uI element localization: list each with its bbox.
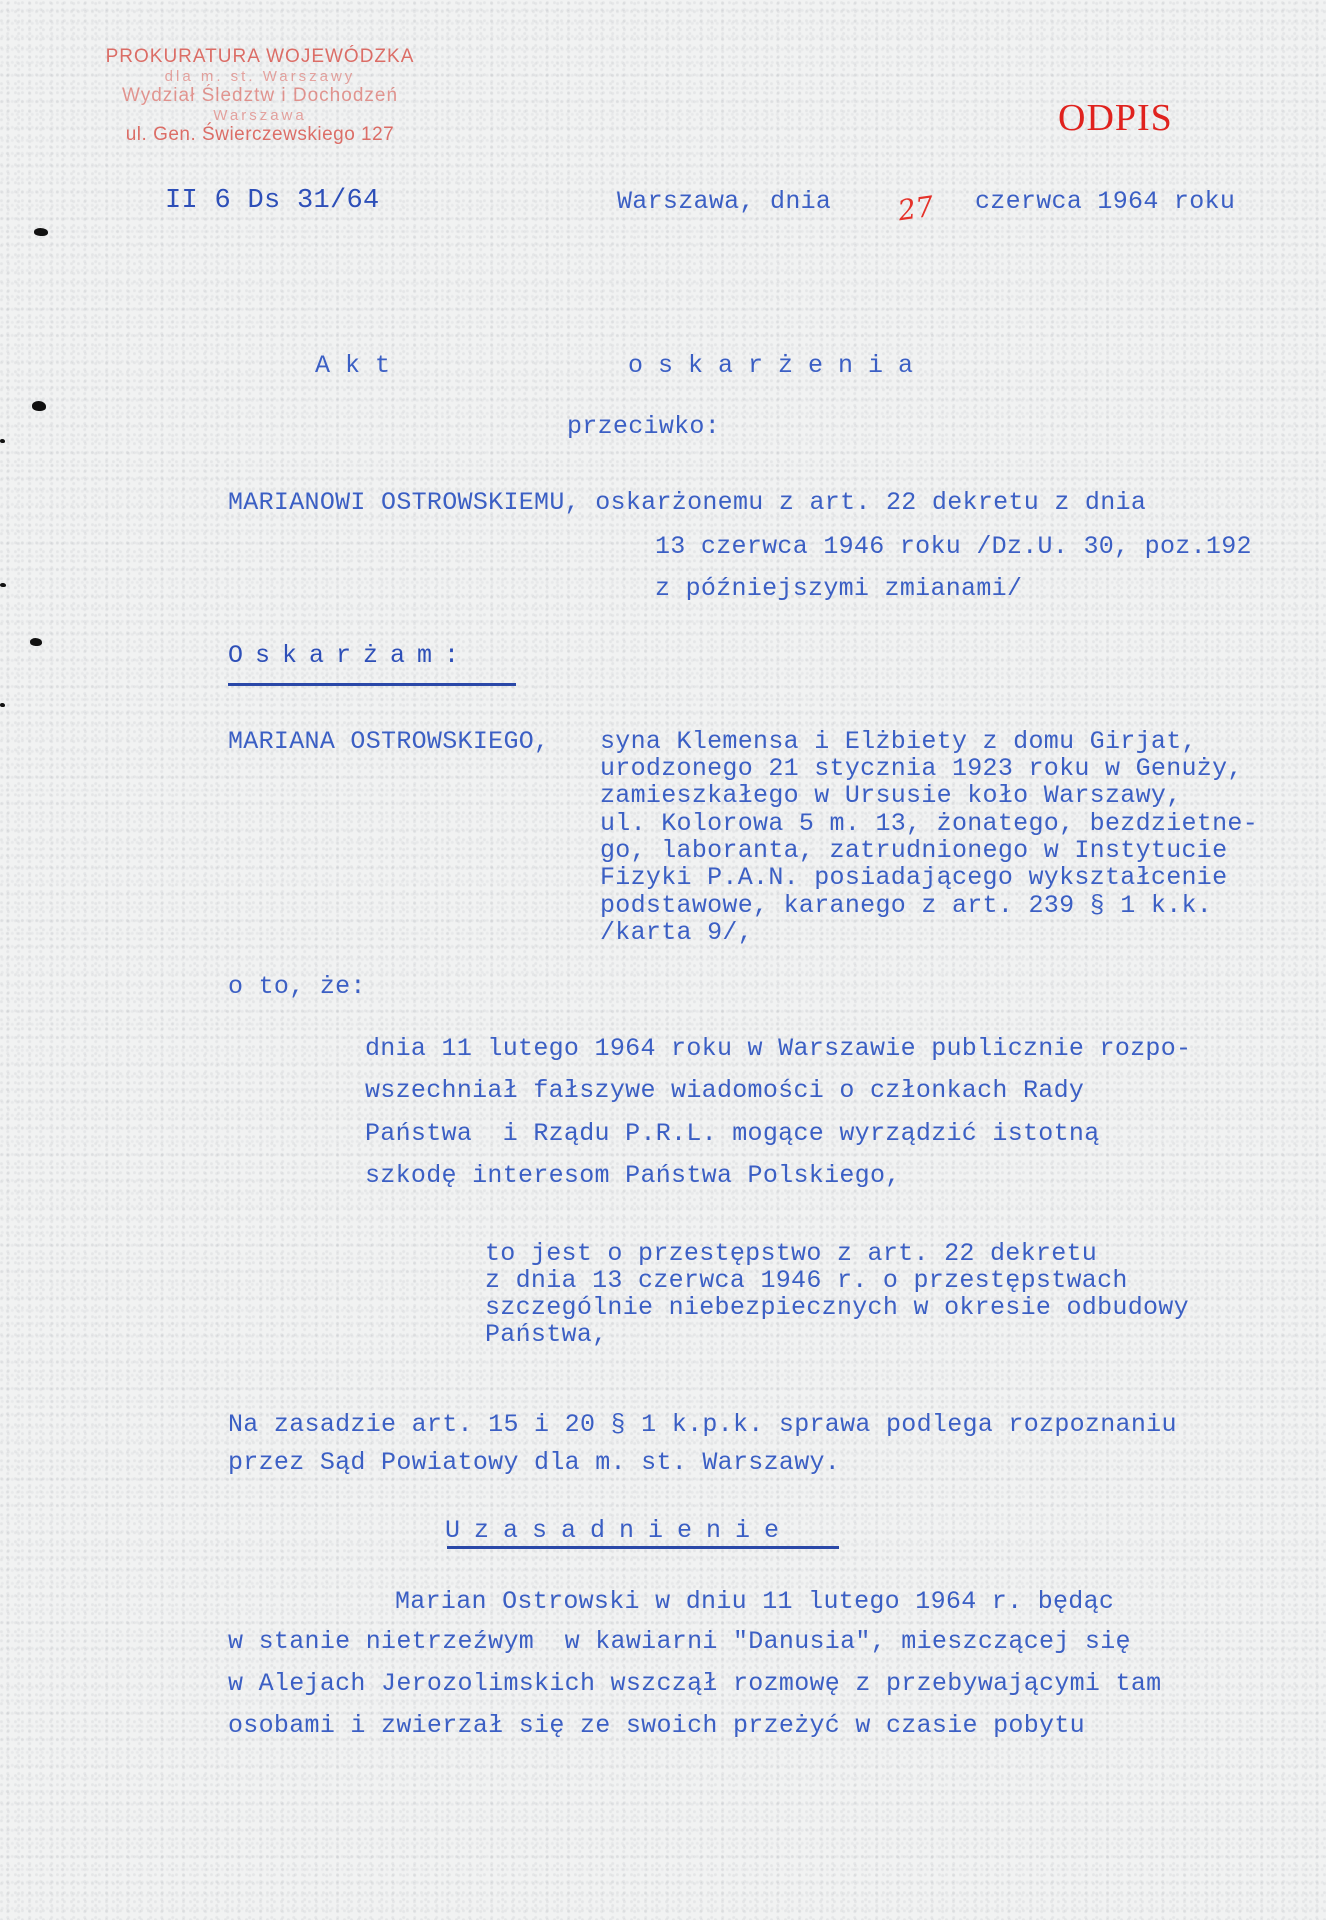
offense-line: szkodę interesom Państwa Polskiego, bbox=[365, 1162, 901, 1189]
accused-detail-line: syna Klemensa i Elżbiety z domu Girjat, bbox=[600, 728, 1197, 755]
justification-heading: Uzasadnienie bbox=[445, 1517, 793, 1544]
legal-basis-line: Państwa, bbox=[485, 1321, 607, 1348]
punch-hole-mark bbox=[30, 638, 42, 646]
justification-line: Marian Ostrowski w dniu 11 lutego 1964 r… bbox=[395, 1588, 1114, 1615]
accuse-heading: Oskarżam: bbox=[228, 642, 471, 669]
jurisdiction-line: Na zasadzie art. 15 i 20 § 1 k.p.k. spra… bbox=[228, 1411, 1177, 1438]
punch-hole-mark bbox=[32, 401, 46, 411]
date-suffix: czerwca 1964 roku bbox=[975, 188, 1235, 215]
accused-detail-line: ul. Kolorowa 5 m. 13, żonatego, bezdziet… bbox=[600, 810, 1258, 837]
accused-detail-line: /karta 9/, bbox=[600, 919, 753, 946]
punch-hole-mark bbox=[0, 583, 6, 587]
legal-basis-line: to jest o przestępstwo z art. 22 dekretu bbox=[485, 1240, 1097, 1267]
accuse-heading-underline bbox=[228, 683, 516, 686]
offense-line: Państwa i Rządu P.R.L. mogące wyrządzić … bbox=[365, 1120, 1100, 1147]
accused-detail-line: Fizyki P.A.N. posiadającego wykształceni… bbox=[600, 864, 1227, 891]
title-against: przeciwko: bbox=[567, 413, 720, 440]
handwritten-day: 27 bbox=[896, 190, 936, 228]
prosecutor-office-stamp: PROKURATURA WOJEWÓDZKA dla m. st. Warsza… bbox=[78, 46, 442, 146]
jurisdiction-line: przez Sąd Powiatowy dla m. st. Warszawy. bbox=[228, 1449, 840, 1476]
accused-detail-line: go, laboranta, zatrudnionego w Instytuci… bbox=[600, 837, 1227, 864]
legal-basis-line: szczególnie niebezpiecznych w okresie od… bbox=[485, 1294, 1189, 1321]
stamp-line-city: Warszawa bbox=[78, 107, 442, 124]
accused-name: MARIANA OSTROWSKIEGO, bbox=[228, 728, 549, 755]
charge-intro-line: MARIANOWI OSTROWSKIEMU, oskarżonemu z ar… bbox=[228, 489, 1146, 516]
title-oskarzenia: oskarżenia bbox=[628, 352, 928, 379]
accused-detail-line: podstawowe, karanego z art. 239 § 1 k.k. bbox=[600, 892, 1212, 919]
copy-mark: ODPIS bbox=[1058, 96, 1173, 140]
title-akt: Akt bbox=[315, 352, 405, 379]
charge-intro-line: 13 czerwca 1946 roku /Dz.U. 30, poz.192 bbox=[655, 533, 1252, 560]
justification-heading-underline bbox=[447, 1546, 839, 1549]
justification-line: w Alejach Jerozolimskich wszczął rozmowę… bbox=[228, 1670, 1161, 1697]
offense-line: wszechniał fałszywe wiadomości o członka… bbox=[365, 1077, 1084, 1104]
stamp-line-address: ul. Gen. Świerczewskiego 127 bbox=[78, 124, 442, 146]
about-that: o to, że: bbox=[228, 973, 366, 1000]
punch-hole-mark bbox=[0, 703, 5, 707]
stamp-line-department: Wydział Śledztw i Dochodzeń bbox=[78, 85, 442, 107]
accused-detail-line: urodzonego 21 stycznia 1923 roku w Genuż… bbox=[600, 755, 1243, 782]
accused-detail-line: zamieszkałego w Ursusie koło Warszawy, bbox=[600, 782, 1182, 809]
stamp-line-city-scope: dla m. st. Warszawy bbox=[78, 68, 442, 85]
punch-hole-mark bbox=[34, 228, 48, 236]
date-prefix: Warszawa, dnia bbox=[617, 188, 831, 215]
punch-hole-mark bbox=[0, 439, 5, 443]
offense-line: dnia 11 lutego 1964 roku w Warszawie pub… bbox=[365, 1035, 1191, 1062]
charge-intro-line: z późniejszymi zmianami/ bbox=[655, 575, 1022, 602]
justification-line: w stanie nietrzeźwym w kawiarni "Danusia… bbox=[228, 1628, 1131, 1655]
legal-basis-line: z dnia 13 czerwca 1946 r. o przestępstwa… bbox=[485, 1267, 1128, 1294]
case-number: II 6 Ds 31/64 bbox=[165, 188, 380, 215]
justification-line: osobami i zwierzał się ze swoich przeżyć… bbox=[228, 1712, 1085, 1739]
stamp-line-office: PROKURATURA WOJEWÓDZKA bbox=[78, 46, 442, 68]
